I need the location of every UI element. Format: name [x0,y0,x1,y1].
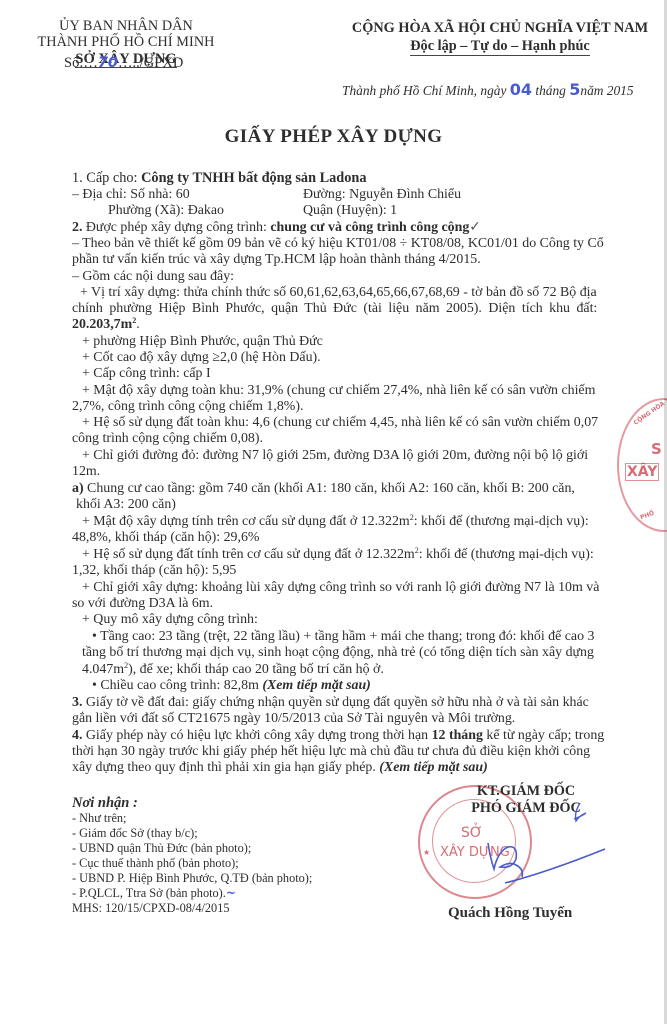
handwritten-day: 04 [510,80,532,99]
contents-intro: – Gồm các nội dung sau đây: [72,269,234,285]
street: Đường: Nguyễn Đình Chiểu [303,187,461,203]
recipient-item: - UBND quận Thủ Đức (bản photo); [72,841,312,856]
recipient-item: - Giám đốc Sở (thay b/c); [72,826,312,841]
drawings-line: – Theo bản vẽ thiết kế gồm 09 bản vẽ có … [72,236,604,252]
location-line: + Vị trí xây dựng: thửa chính thức số 60… [80,285,597,301]
district: Quận (Huyện): 1 [303,203,397,219]
far-line: công trình cộng cộng chiếm 0,08). [72,431,263,447]
ward-line: + phường Hiệp Bình Phước, quận Thủ Đức [82,334,323,350]
drawings-line: phần tư vấn kiến trúc và xây dựng Tp.HCM… [72,252,481,268]
national-motto-block: CỘNG HÒA XÃ HỘI CHỦ NGHĨA VIỆT NAM Độc l… [340,20,660,55]
elevation-line: + Cốt cao độ xây dựng ≥2,0 (hệ Hòn Dấu). [82,350,321,366]
location-line: chính phường Hiệp Bình Phước, quận Thủ Đ… [72,301,597,317]
height-line: • Chiều cao công trình: 82,8m (Xem tiếp … [92,678,371,694]
section2-heading: 2. Được phép xây dựng công trình: chung … [72,219,481,236]
section4-line: xây dựng theo quy định thì phải xin gia … [72,760,488,776]
ward: Phường (Xã): Đakao [108,203,224,219]
handwritten-month: 5 [569,80,580,99]
file-code: MHS: 120/15/CPXD-08/4/2015 [72,901,312,916]
project-type: chung cư và công trình công cộng [270,220,469,235]
section3-line: 3. Giấy tờ về đất đai: giấy chứng nhận q… [72,695,589,711]
handwritten-number: 70 [98,55,118,71]
apartment-heading: a) Chung cư cao tầng: gồm 740 căn (khối … [72,481,575,497]
recipients-block: Nơi nhận : - Như trên; - Giám đốc Sở (th… [72,796,312,916]
check-mark-icon: ✓ [469,219,481,235]
apartment-far: + Hệ số sử dụng đất tính trên cơ cấu sử … [82,547,594,563]
land-area: 20.203,7m2. [72,317,140,333]
country-name: CỘNG HÒA XÃ HỘI CHỦ NGHĨA VIỆT NAM [340,20,660,37]
signature-icon [410,785,610,895]
section4-line: thời hạn 30 ngày trước khi giấy phép hết… [72,744,590,760]
recipient-item: - P.QLCL, Ttra Sở (bản photo).~ [72,886,312,901]
redline-line: 12m. [72,464,100,480]
issuer-line2: THÀNH PHỐ HỒ CHÍ MINH [6,34,246,50]
company-name: Công ty TNHH bất động sản Ladona [141,170,366,186]
section3-line: gắn liền với đất số CT21675 ngày 10/5/20… [72,711,515,727]
document-title: GIẤY PHÉP XÂY DỰNG [0,126,667,148]
document-number: Số:…70…../GPXD [64,55,183,72]
recipient-item: - Như trên; [72,811,312,826]
setback-line: so với đường D3A là 6m. [72,596,213,612]
apartment-density: + Mật độ xây dựng tính trên cơ cấu sử dụ… [82,514,589,530]
apartment-far: 1,32, khối tháp (căn hộ): 5,95 [72,563,236,579]
issue-date: Thành phố Hồ Chí Minh, ngày 04 tháng 5nă… [342,80,634,99]
redline-line: + Chỉ giới đường đỏ: đường N7 lộ giới 25… [82,448,588,464]
issuer-line1: ỦY BAN NHÂN DÂN [6,18,246,34]
recipients-heading: Nơi nhận : [72,796,312,811]
address-line: – Địa chỉ: Số nhà: 60 [72,187,190,203]
initial-mark: ~ [226,886,236,900]
apartment-density: 48,8%, khối tháp (căn hộ): 29,6% [72,530,259,546]
density-line: + Mật độ xây dựng toàn khu: 31,9% (chung… [82,383,595,399]
floors-line: • Tầng cao: 23 tầng (trệt, 22 tầng lầu) … [92,629,594,645]
motto: Độc lập – Tự do – Hạnh phúc [340,37,660,55]
recipient-item: - Cục thuế thành phố (bản photo); [72,856,312,871]
partial-stamp-text: XÂY [625,463,659,481]
setback-line: + Chỉ giới xây dựng: khoảng lùi xây dựng… [82,580,599,596]
grade-line: + Cấp công trình: cấp I [82,366,211,382]
section4-line: 4. Giấy phép này có hiệu lực khởi công x… [72,728,604,744]
recipient-item: - UBND P. Hiệp Bình Phước, Q.TĐ (bản pho… [72,871,312,886]
far-line: + Hệ số sử dụng đất toàn khu: 4,6 (chung… [82,415,598,431]
section1-recipient: 1. Cấp cho: Công ty TNHH bất động sản La… [72,170,366,186]
floors-line: tầng bố trí thương mại dịch vụ, sinh hoạ… [82,645,594,661]
floors-line: 4.047m2), để xe; khối tháp cao 20 tầng b… [82,662,384,678]
apartment-line: khối A3: 200 căn) [76,497,176,513]
scale-intro: + Quy mô xây dựng công trình: [82,612,258,628]
partial-stamp-text: S [651,440,662,458]
signer-name: Quách Hồng Tuyến [448,905,572,922]
density-line: 2,7%, công trình công cộng chiếm 1,8%). [72,399,303,415]
